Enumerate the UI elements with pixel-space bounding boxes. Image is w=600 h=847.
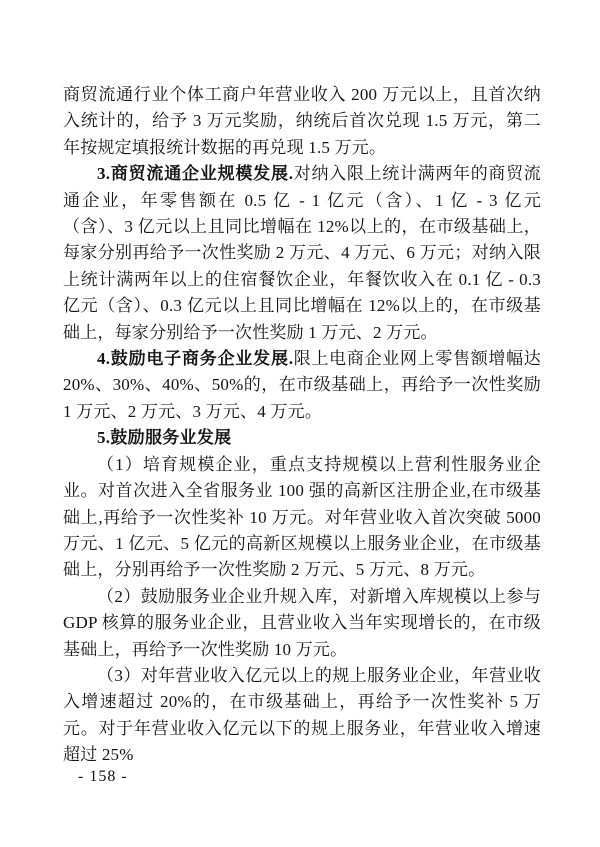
body-text: 商贸流通行业个体工商户年营业收入 200 万元以上，且首次纳入统计的，给予 3 … (63, 82, 541, 769)
page-number: - 158 - (78, 768, 128, 786)
document-page: 商贸流通行业个体工商户年营业收入 200 万元以上，且首次纳入统计的，给予 3 … (0, 0, 600, 847)
paragraph: 4.鼓励电子商务企业发展.限上电商企业网上零售额增幅达 20%、30%、40%、… (63, 346, 541, 425)
paragraph: 5.鼓励服务业发展 (63, 425, 541, 451)
paragraph: （3）对年营业收入亿元以上的规上服务业企业，年营业收入增速超过 20%的，在市级… (63, 663, 541, 769)
paragraph: 商贸流通行业个体工商户年营业收入 200 万元以上，且首次纳入统计的，给予 3 … (63, 82, 541, 161)
paragraph-heading: 4.鼓励电子商务企业发展. (97, 349, 293, 368)
paragraph: （2）鼓励服务业企业升规入库，对新增入库规模以上参与 GDP 核算的服务业企业，… (63, 584, 541, 663)
paragraph-body: （3）对年营业收入亿元以上的规上服务业企业，年营业收入增速超过 20%的，在市级… (63, 666, 541, 764)
paragraph-body: （2）鼓励服务业企业升规入库，对新增入库规模以上参与 GDP 核算的服务业企业，… (63, 587, 541, 659)
paragraph-heading: 5.鼓励服务业发展 (97, 428, 231, 447)
paragraph-heading: 3.商贸流通企业规模发展. (97, 164, 293, 183)
paragraph: 3.商贸流通企业规模发展.对纳入限上统计满两年的商贸流通企业，年零售额在 0.5… (63, 161, 541, 346)
paragraph-body: （1）培育规模企业，重点支持规模以上营利性服务业企业。对首次进入全省服务业 10… (63, 455, 541, 580)
paragraph-body: 商贸流通行业个体工商户年营业收入 200 万元以上，且首次纳入统计的，给予 3 … (63, 85, 541, 157)
paragraph: （1）培育规模企业，重点支持规模以上营利性服务业企业。对首次进入全省服务业 10… (63, 452, 541, 584)
paragraph-body: 对纳入限上统计满两年的商贸流通企业，年零售额在 0.5 亿 - 1 亿元（含）、… (63, 164, 541, 341)
